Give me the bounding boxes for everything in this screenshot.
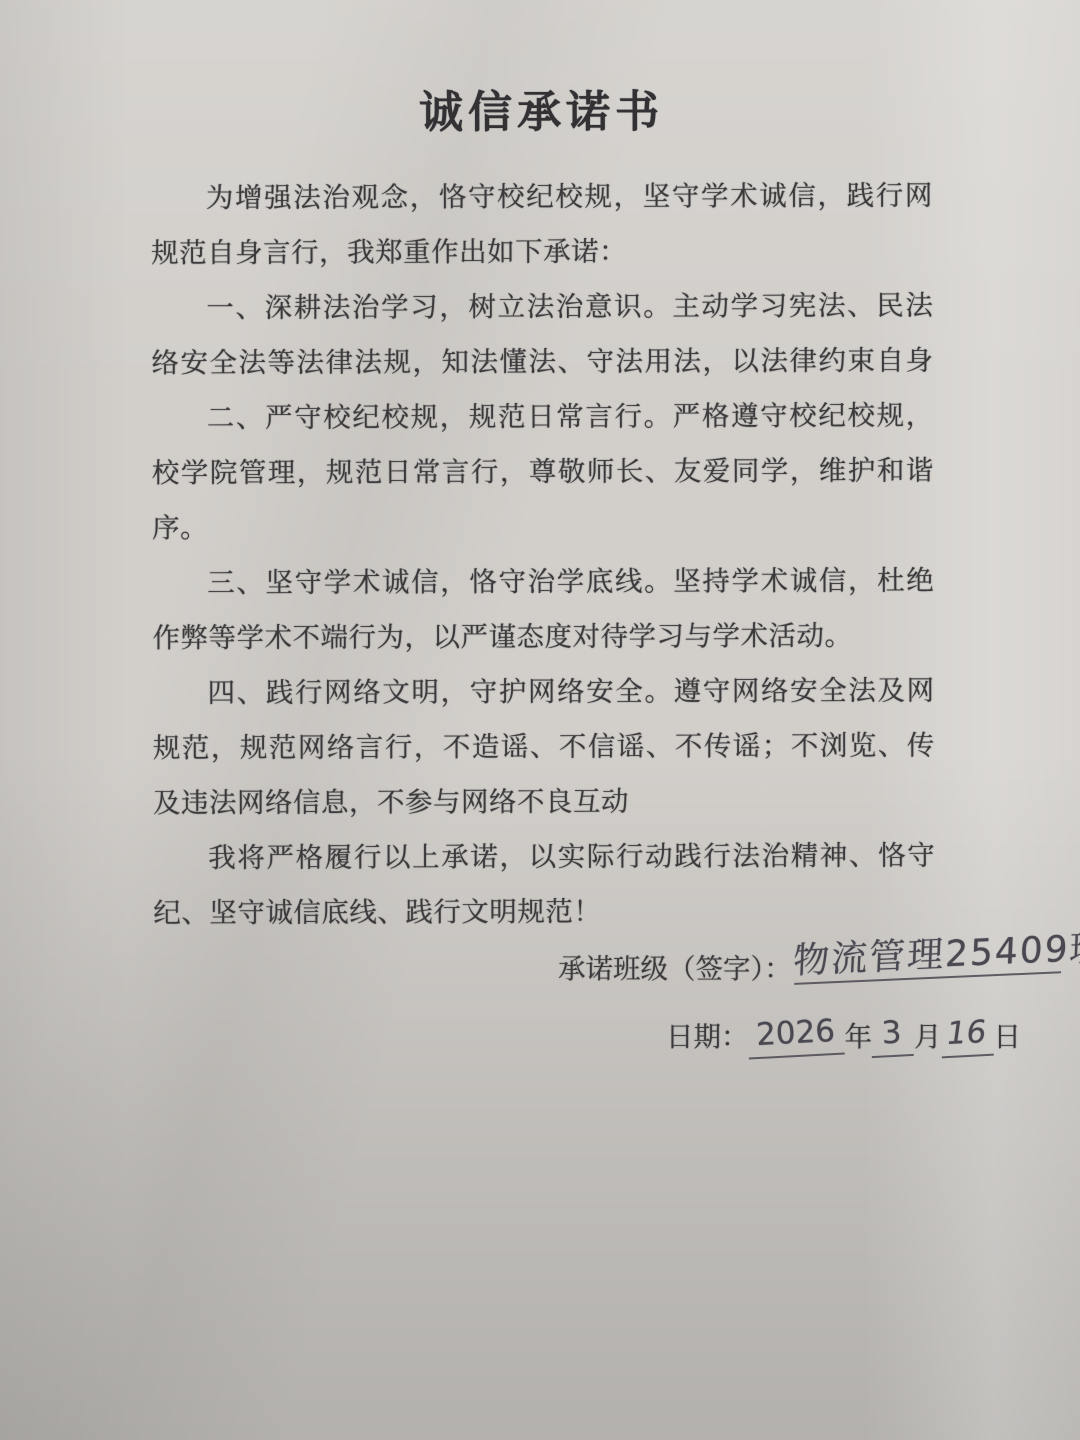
body-line: 一、深耕法治学习，树立法治意识。主动学习宪法、民法典、网 (151, 278, 933, 336)
body-line: 纪、坚守诚信底线、践行文明规范！ (153, 883, 935, 941)
body-line: 序。 (152, 498, 934, 556)
body-line: 规范自身言行，我郑重作出如下承诺： (151, 223, 933, 281)
body-line: 为增强法治观念，恪守校纪校规，坚守学术诚信，践行网络文明， (151, 168, 933, 226)
date-month-unit: 月 (914, 1021, 942, 1052)
date-row: 日期：2026年3月16日 (666, 1014, 1021, 1060)
body-line: 我将严格履行以上承诺，以实际行动践行法治精神、恪守校规校 (153, 828, 935, 886)
date-year-handwritten: 2026 (746, 1009, 844, 1060)
date-month-handwritten: 3 (869, 1010, 913, 1058)
date-day-unit: 日 (994, 1021, 1022, 1052)
body-line: 及违法网络信息，不参与网络不良互动 (153, 773, 935, 831)
signature-label: 承诺班级（签字）： (558, 953, 792, 984)
date-year-unit: 年 (845, 1021, 873, 1052)
document-body: 为增强法治观念，恪守校纪校规，坚守学术诚信，践行网络文明，规范自身言行，我郑重作… (151, 168, 936, 941)
body-line: 校学院管理，规范日常言行，尊敬师长、友爱同学，维护和谐校园秩 (152, 443, 934, 501)
body-line: 作弊等学术不端行为，以严谨态度对待学习与学术活动。 (152, 608, 934, 666)
signature-row: 承诺班级（签字）：物流管理25409班. (558, 944, 1080, 992)
body-line: 四、践行网络文明，守护网络安全。遵守网络安全法及网络行为 (153, 663, 935, 721)
body-line: 络安全法等法律法规，知法懂法、守法用法，以法律约束自身行为。 (151, 333, 933, 391)
date-day-handwritten: 16 (939, 1010, 993, 1059)
body-line: 三、坚守学术诚信，恪守治学底线。坚持学术诚信，杜绝抄袭、 (152, 553, 934, 611)
body-line: 规范，规范网络言行，不造谣、不信谣、不传谣；不浏览、传播不良 (153, 718, 935, 776)
document-sheet: 诚信承诺书 为增强法治观念，恪守校纪校规，坚守学术诚信，践行网络文明，规范自身言… (151, 83, 936, 941)
body-line: 二、严守校纪校规，规范日常言行。严格遵守校纪校规，服从学 (152, 388, 934, 446)
photo-background: 诚信承诺书 为增强法治观念，恪守校纪校规，坚守学术诚信，践行网络文明，规范自身言… (0, 0, 1080, 1440)
document-title: 诚信承诺书 (151, 83, 933, 144)
date-label: 日期： (666, 1021, 749, 1052)
